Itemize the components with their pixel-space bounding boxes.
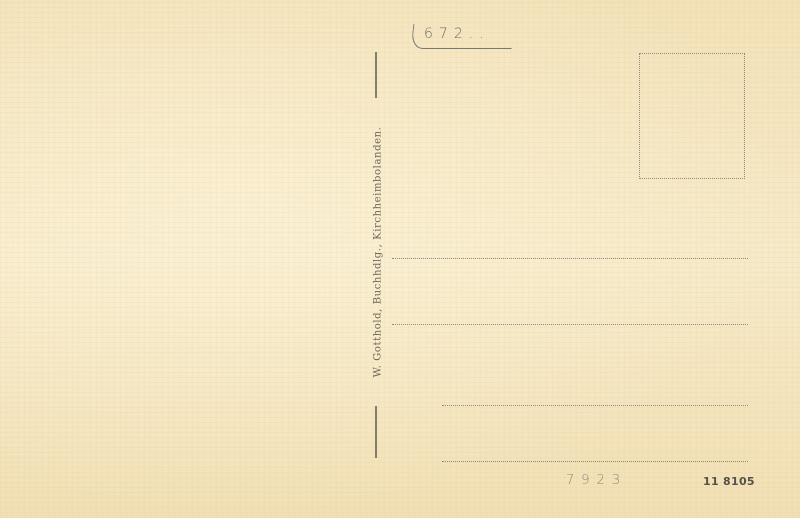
publisher-imprint: W. Gotthold, Buchhdlg., Kirchheimbolande… — [373, 127, 384, 378]
stamp-box — [639, 53, 745, 179]
address-line-1 — [392, 258, 748, 259]
address-line-3 — [442, 405, 748, 406]
handwritten-note-bottom: 7923 — [566, 473, 627, 488]
center-divider-bottom — [375, 406, 377, 458]
center-divider-top — [375, 52, 377, 98]
address-line-2 — [392, 324, 748, 325]
address-line-4 — [442, 461, 748, 462]
postcard-back: 672.. W. Gotthold, Buchhdlg., Kirchheimb… — [0, 0, 800, 518]
handwritten-note-top: 672.. — [424, 26, 490, 42]
catalog-number: 11 8105 — [703, 475, 755, 488]
